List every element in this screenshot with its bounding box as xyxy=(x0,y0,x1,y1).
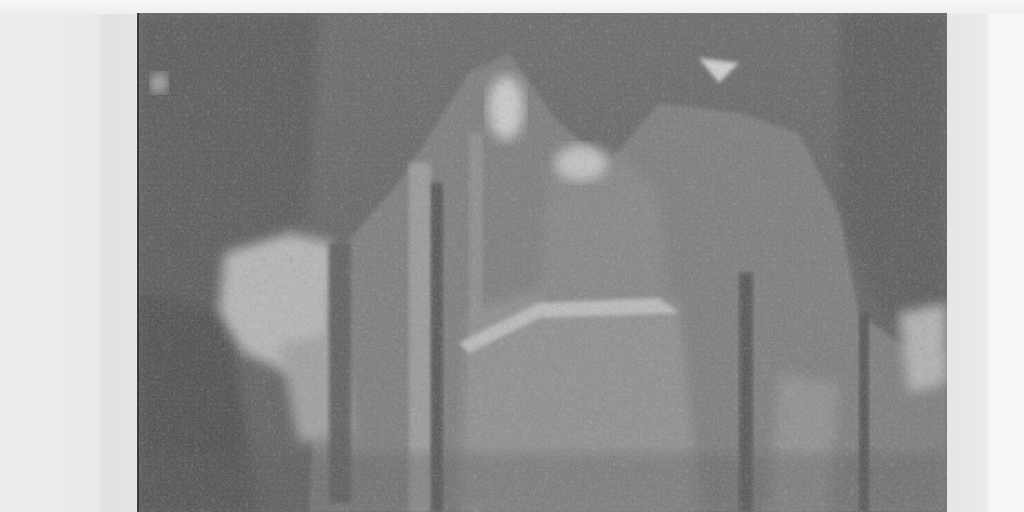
ruin-photo-drawing xyxy=(139,13,947,512)
halftone-photograph xyxy=(137,13,947,512)
top-margin xyxy=(0,0,1024,14)
paper-page xyxy=(0,0,1024,512)
